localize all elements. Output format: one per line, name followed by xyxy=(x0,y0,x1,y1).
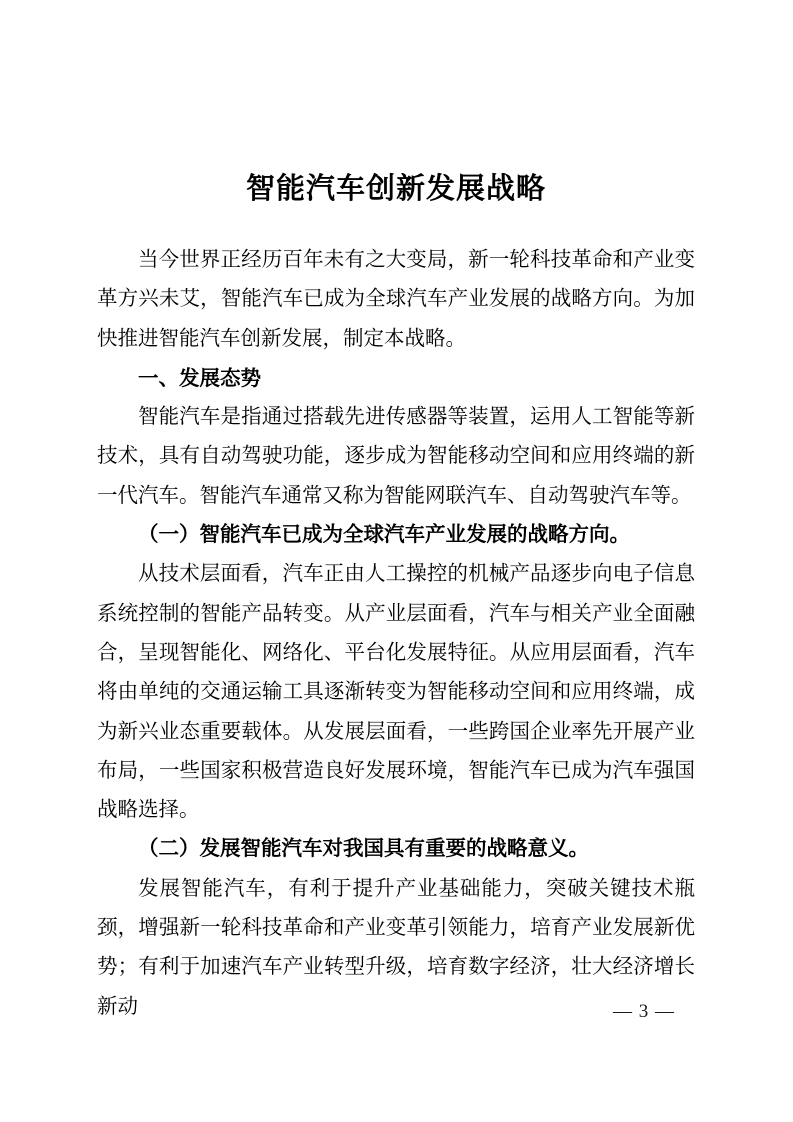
paragraph-definition: 智能汽车是指通过搭载先进传感器等装置，运用人工智能等新技术，具有自动驾驶功能，逐… xyxy=(97,398,695,516)
subsection-heading-strategic-direction: （一）智能汽车已成为全球汽车产业发展的战略方向。 xyxy=(97,516,695,555)
paragraph-strategic-direction: 从技术层面看，汽车正由人工操控的机械产品逐步向电子信息系统控制的智能产品转变。从… xyxy=(97,555,695,830)
subsection-heading-strategic-significance: （二）发展智能汽车对我国具有重要的战略意义。 xyxy=(97,830,695,869)
paragraph-opening: 当今世界正经历百年未有之大变局，新一轮科技革命和产业变革方兴未艾，智能汽车已成为… xyxy=(97,241,695,359)
document-title: 智能汽车创新发展战略 xyxy=(97,171,695,208)
page-number: — 3 — xyxy=(613,1000,675,1024)
document-page: 智能汽车创新发展战略 当今世界正经历百年未有之大变局，新一轮科技革命和产业变革方… xyxy=(0,0,793,1122)
document-body: 当今世界正经历百年未有之大变局，新一轮科技革命和产业变革方兴未艾，智能汽车已成为… xyxy=(97,241,695,1027)
paragraph-strategic-significance: 发展智能汽车，有利于提升产业基础能力，突破关键技术瓶颈，增强新一轮科技革命和产业… xyxy=(97,870,695,1027)
section-heading-development-situation: 一、发展态势 xyxy=(97,359,695,398)
